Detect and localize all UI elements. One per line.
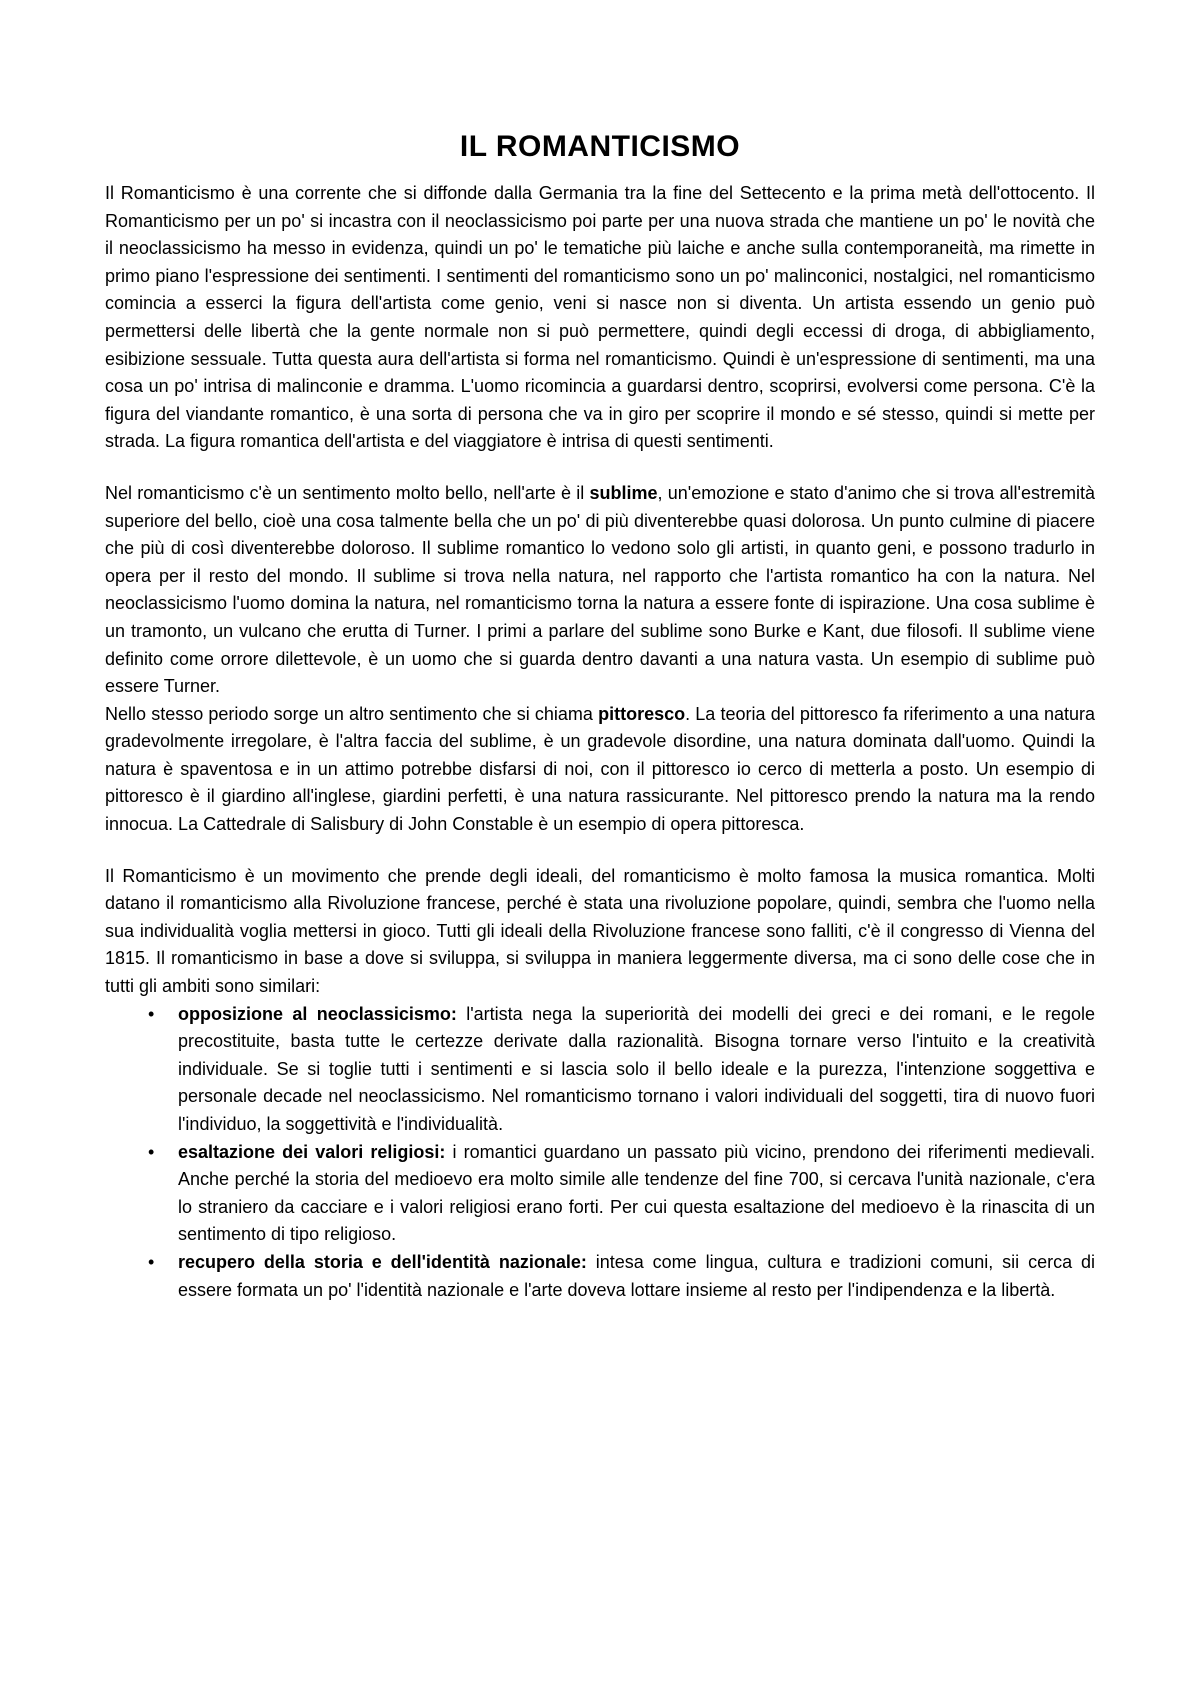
bullet-item-recupero: • recupero della storia e dell'identità …: [105, 1249, 1095, 1304]
bullet-item-esaltazione: • esaltazione dei valori religiosi: i ro…: [105, 1139, 1095, 1249]
bullet-list: • opposizione al neoclassicismo: l'artis…: [105, 1001, 1095, 1305]
keyword-sublime: sublime: [590, 483, 658, 503]
bullet-label-recupero: recupero della storia e dell'identità na…: [178, 1252, 587, 1272]
bullet-label-esaltazione: esaltazione dei valori religiosi:: [178, 1142, 445, 1162]
paragraph-ideali: Il Romanticismo è un movimento che prend…: [105, 863, 1095, 1001]
paragraph-intro-text: Il Romanticismo è una corrente che si di…: [105, 183, 1095, 451]
page-title: IL ROMANTICISMO: [105, 130, 1095, 164]
keyword-pittoresco: pittoresco: [598, 704, 685, 724]
document-page: IL ROMANTICISMO Il Romanticismo è una co…: [0, 0, 1200, 1698]
bullet-item-opposizione: • opposizione al neoclassicismo: l'artis…: [105, 1001, 1095, 1139]
bullet-icon: •: [148, 1249, 178, 1277]
paragraph-sublime-text-1: Nel romanticismo c'è un sentimento molto…: [105, 483, 590, 503]
paragraph-intro: Il Romanticismo è una corrente che si di…: [105, 180, 1095, 456]
paragraph-pittoresco-text-1: Nello stesso periodo sorge un altro sent…: [105, 704, 598, 724]
bullet-label-opposizione: opposizione al neoclassicismo:: [178, 1004, 457, 1024]
paragraph-sublime: Nel romanticismo c'è un sentimento molto…: [105, 480, 1095, 701]
paragraph-ideali-text: Il Romanticismo è un movimento che prend…: [105, 866, 1095, 996]
bullet-icon: •: [148, 1139, 178, 1167]
paragraph-pittoresco: Nello stesso periodo sorge un altro sent…: [105, 701, 1095, 839]
paragraph-sublime-text-2: , un'emozione e stato d'animo che si tro…: [105, 483, 1095, 696]
bullet-icon: •: [148, 1001, 178, 1029]
bullet-content: opposizione al neoclassicismo: l'artista…: [178, 1001, 1095, 1139]
bullet-content: recupero della storia e dell'identità na…: [178, 1249, 1095, 1304]
bullet-content: esaltazione dei valori religiosi: i roma…: [178, 1139, 1095, 1249]
